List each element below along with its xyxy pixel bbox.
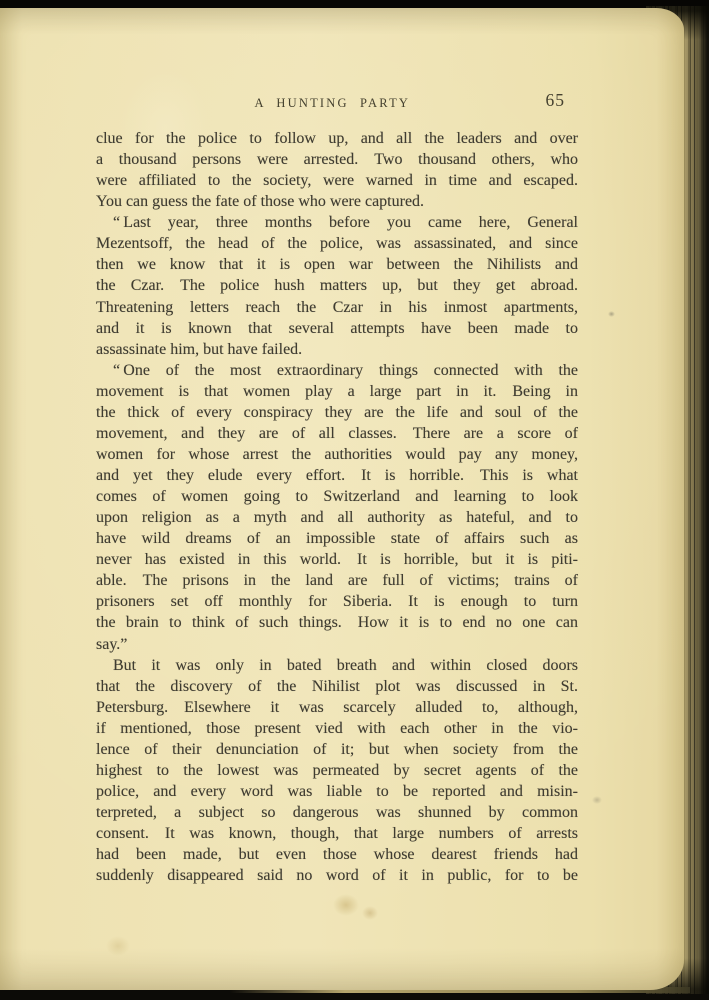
text-line: a thousand persons were arrested. Two th… [96, 149, 578, 170]
text-line: then we know that it is open war between… [96, 254, 578, 275]
text-line: the brain to think of such things. How i… [96, 612, 578, 633]
text-line: say.” [96, 634, 578, 655]
text-line: Threatening letters reach the Czar in hi… [96, 297, 578, 318]
foxing-stain [333, 894, 359, 916]
text-line: have wild dreams of an impossible state … [96, 528, 578, 549]
text-line: movement, and they are of all classes. T… [96, 423, 578, 444]
text-line: consent. It was known, though, that larg… [96, 823, 578, 844]
text-line: never has existed in this world. It is h… [96, 549, 578, 570]
text-line: were affiliated to the society, were war… [96, 170, 578, 191]
book-page: A HUNTING PARTY 65 clue for the police t… [0, 8, 684, 990]
text-line: clue for the police to follow up, and al… [96, 128, 578, 149]
text-line: lence of their denunciation of it; but w… [96, 739, 578, 760]
text-line: movement is that women play a large part… [96, 381, 578, 402]
text-line: “ Last year, three months before you cam… [96, 212, 578, 233]
text-line: highest to the lowest was permeated by s… [96, 760, 578, 781]
paragraph: clue for the police to follow up, and al… [96, 128, 578, 212]
paragraph: But it was only in bated breath and with… [96, 655, 578, 887]
running-header: A HUNTING PARTY 65 [96, 90, 578, 114]
text-line: You can guess the fate of those who were… [96, 191, 578, 212]
chapter-title: A HUNTING PARTY [255, 96, 411, 111]
text-line: that the discovery of the Nihilist plot … [96, 676, 578, 697]
text-line: and yet they elude every effort. It is h… [96, 465, 578, 486]
ink-speck [592, 796, 602, 804]
text-line: But it was only in bated breath and with… [96, 655, 578, 676]
text-line: women for whose arrest the authorities w… [96, 444, 578, 465]
text-line: the Czar. The police hush matters up, bu… [96, 275, 578, 296]
text-line: Petersburg. Elsewhere it was scarcely al… [96, 697, 578, 718]
paragraph: “ Last year, three months before you cam… [96, 212, 578, 359]
text-line: Mezentsoff, the head of the police, was … [96, 233, 578, 254]
text-line: had been made, but even those whose dear… [96, 844, 578, 865]
ink-speck [608, 311, 615, 317]
paragraph: “ One of the most extraordinary things c… [96, 360, 578, 655]
page-number: 65 [546, 90, 566, 111]
text-line: assassinate him, but have failed. [96, 339, 578, 360]
text-line: the thick of every conspiracy they are t… [96, 402, 578, 423]
text-line: able. The prisons in the land are full o… [96, 570, 578, 591]
text-line: terpreted, a subject so dangerous was sh… [96, 802, 578, 823]
foxing-stain [362, 906, 378, 920]
text-line: police, and every word was liable to be … [96, 781, 578, 802]
foxing-stain [106, 936, 130, 956]
text-line: and it is known that several attempts ha… [96, 318, 578, 339]
page-body: clue for the police to follow up, and al… [96, 128, 578, 886]
text-line: upon religion as a myth and all authorit… [96, 507, 578, 528]
scanned-book-photo: A HUNTING PARTY 65 clue for the police t… [0, 0, 709, 1000]
text-line: “ One of the most extraordinary things c… [96, 360, 578, 381]
text-line: if mentioned, those present vied with ea… [96, 718, 578, 739]
text-line: suddenly disappeared said no word of it … [96, 865, 578, 886]
text-line: comes of women going to Switzerland and … [96, 486, 578, 507]
text-line: prisoners set off monthly for Siberia. I… [96, 591, 578, 612]
